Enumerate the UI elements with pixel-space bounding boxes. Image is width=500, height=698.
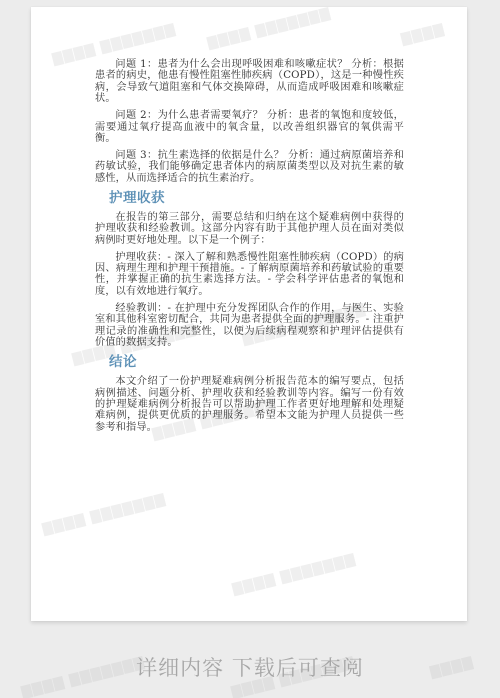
paragraph-lessons-learned: 经验教训：- 在护理中充分发挥团队合作的作用，与医生、实验室和其他科室密切配合，…: [95, 303, 404, 349]
watermark: ▇▇▇▇ ▇▇▇▇▇▇▇: [206, 6, 332, 51]
download-prompt: 详细内容 下载后可查阅: [0, 652, 500, 682]
paragraph-question-2: 问题 2：为什么患者需要氧疗？ 分析：患者的氧饱和度较低，需要通过氧疗提高血液中…: [95, 110, 404, 144]
document-page: ▇▇▇▇ ▇▇▇▇▇▇▇ ▇▇▇▇ ▇▇▇▇▇▇▇ ▇▇▇▇ ▇▇▇▇ ▇▇▇▇…: [31, 7, 467, 621]
paragraph-nursing-gains: 护理收获：- 深入了解和熟悉慢性阻塞性肺疾病（COPD）的病因、病理生理和护理干…: [95, 252, 404, 298]
paragraph-conclusion: 本文介绍了一份护理疑难病例分析报告范本的编写要点，包括病例描述、问题分析、护理收…: [95, 376, 404, 433]
paragraph-question-1: 问题 1：患者为什么会出现呼吸困难和咳嗽症状？ 分析：根据患者的病史，他患有慢性…: [95, 59, 404, 105]
watermark: ▇▇▇▇ ▇▇▇▇▇▇▇: [41, 492, 167, 537]
watermark: ▇▇▇▇: [400, 22, 446, 47]
paragraph-section-intro: 在报告的第三部分，需要总结和归纳在这个疑难病例中获得的护理收获和经验教训。这部分…: [95, 212, 404, 246]
watermark: ▇▇▇▇ ▇▇▇▇▇▇▇: [231, 552, 357, 597]
document-body: 问题 1：患者为什么会出现呼吸困难和咳嗽症状？ 分析：根据患者的病史，他患有慢性…: [95, 59, 404, 439]
paragraph-question-3: 问题 3：抗生素选择的依据是什么？ 分析：通过病原菌培养和药敏试验，我们能够确定…: [95, 150, 404, 184]
heading-conclusion: 结论: [95, 354, 404, 370]
heading-nursing-gains: 护理收获: [95, 190, 404, 206]
